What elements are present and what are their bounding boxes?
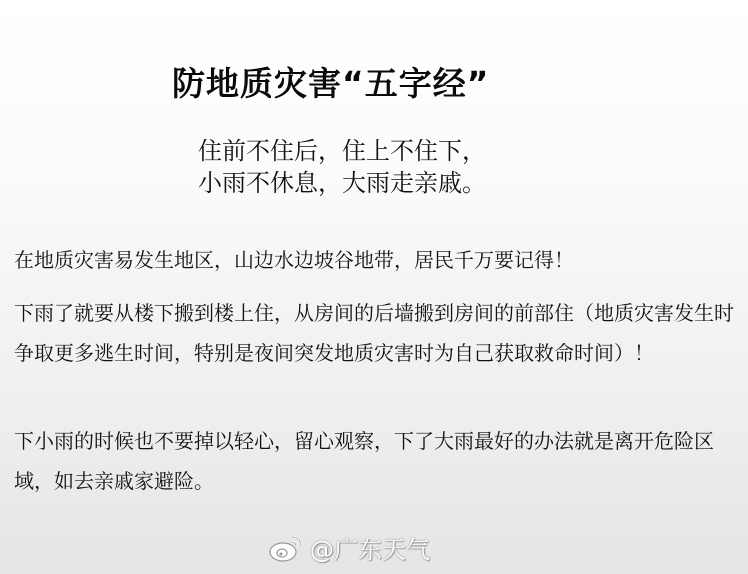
paragraph-intro: 在地质灾害易发生地区，山边水边坡谷地带，居民千万要记得！ bbox=[14, 240, 734, 280]
watermark-text: @广东天气 bbox=[310, 530, 430, 565]
verse-line-2: 小雨不休息，大雨走亲戚。 bbox=[198, 167, 486, 199]
paragraph-move-upstairs: 下雨了就要从楼下搬到楼上住，从房间的后墙搬到房间的前部住（地质灾害发生时争取更多… bbox=[14, 293, 734, 373]
watermark: @广东天气 bbox=[268, 530, 430, 565]
five-character-verse: 住前不住后，住上不住下， 小雨不休息，大雨走亲戚。 bbox=[198, 135, 486, 199]
verse-line-1: 住前不住后，住上不住下， bbox=[198, 135, 486, 167]
paragraph-heavy-rain: 下小雨的时候也不要掉以轻心，留心观察，下了大雨最好的办法就是离开危险区域，如去亲… bbox=[14, 421, 734, 501]
weibo-icon bbox=[268, 533, 304, 563]
page-title: 防地质灾害“五字经” bbox=[172, 58, 489, 105]
